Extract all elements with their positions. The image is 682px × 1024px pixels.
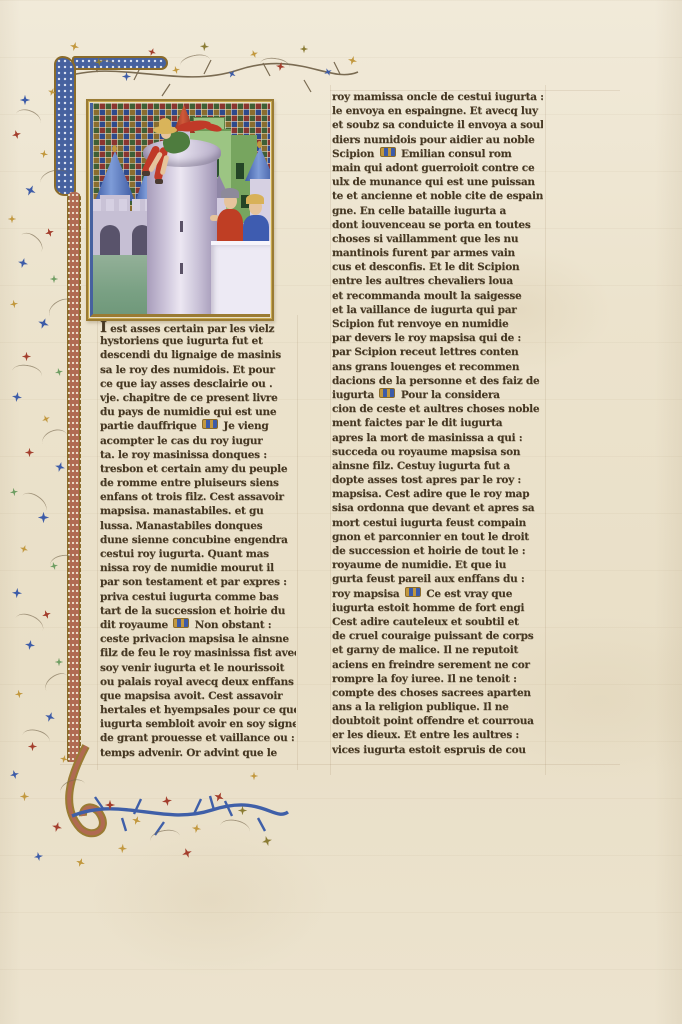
text-line: entre les aultres chevaliers loua <box>332 274 543 288</box>
blue-cone-roof <box>95 151 135 201</box>
border-flower <box>11 129 22 140</box>
text-line: roy mamissa oncle de cestui iugurta : <box>332 90 543 104</box>
bottom-vine <box>62 778 294 870</box>
text-line: main qui adont guerroioit contre ce <box>332 161 543 175</box>
text-line: cion de ceste et aultres choses noble <box>332 402 543 416</box>
ruling-line <box>60 764 620 765</box>
text-line: iugurta estoit homme de fort engi <box>332 601 543 615</box>
text-line: de grant prouesse et vaillance ou : <box>100 731 296 745</box>
border-flower <box>9 487 18 496</box>
border-flower <box>36 316 50 330</box>
falling-man-shoe <box>142 171 150 176</box>
border-flower <box>54 367 64 377</box>
text-line: ment faictes par le dit iugurta <box>332 416 543 430</box>
border-flower <box>39 149 48 158</box>
ivy-stem <box>13 106 43 131</box>
text-line: dacions de la personne et des faiz de <box>332 374 543 388</box>
text-line: et soubz sa conduicte il envoya a soul <box>332 118 543 132</box>
text-line: du pays de numidie qui est une <box>100 405 296 419</box>
text-line: cus et desconfis. Et le dit Scipion <box>332 260 543 274</box>
text-line: sisa ordonna que devant et apres sa <box>332 501 543 515</box>
text-line: iugurta sembloit avoir en soy signes <box>100 717 296 731</box>
text-line: tresbon et certain amy du peuple <box>100 462 296 476</box>
text-line: mantinois furent par armes vain <box>332 246 543 260</box>
text-line: hertales et hyempsales pour ce que <box>100 703 296 717</box>
border-bracket-arm <box>72 56 168 70</box>
grey-hood <box>221 188 239 198</box>
onlooker-red-body <box>217 209 243 245</box>
manuscript-page: I est asses certain par les vielzhystori… <box>0 0 682 1024</box>
text-line: cestui roy iugurta. Quant mas <box>100 547 296 561</box>
text-line: acompter le cas du roy iugur <box>100 434 296 448</box>
border-flower <box>24 639 36 651</box>
text-line: gnon et parconnier en tout le droit <box>332 530 543 544</box>
border-flower <box>41 414 52 425</box>
text-line: ainsne filz. Cestuy iugurta fut a <box>332 459 543 473</box>
border-flower <box>12 588 23 599</box>
ruling-line <box>545 85 546 775</box>
text-line: temps advenir. Or advint que le <box>100 746 296 760</box>
text-line: hystoriens que iugurta fut et <box>100 334 296 348</box>
border-bar <box>67 192 81 762</box>
text-line: ceste privacion mapsisa le ainsne <box>100 632 296 646</box>
spire-finial <box>257 141 262 148</box>
paraph-mark <box>173 618 189 628</box>
text-line: et la vaillance de iugurta qui par <box>332 303 543 317</box>
blond-hair <box>246 194 264 204</box>
text-line: partie dauffrique Je vieng <box>100 419 296 433</box>
border-flower <box>44 227 56 239</box>
arrow-slit <box>180 221 183 232</box>
text-line: ta. le roy masinissa donques : <box>100 448 296 462</box>
border-flower <box>20 95 30 105</box>
paraph-mark <box>379 388 395 398</box>
text-line: mapsisa. manastabiles. et gu <box>100 504 296 518</box>
text-line: ans grans louenges et recommen <box>332 360 543 374</box>
border-flower <box>17 257 29 269</box>
border-flower <box>20 792 29 801</box>
text-line: mort cestui iugurta feust compain <box>332 516 543 530</box>
text-line: sa le roy des numidois. Et pour <box>100 363 296 377</box>
text-line: iugurta Pour la considera <box>332 388 543 402</box>
ruling-line <box>297 315 298 770</box>
text-line: vje. chapitre de ce present livre <box>100 391 296 405</box>
ivy-stem <box>40 426 71 453</box>
text-line: te et ancienne et noble cite de espain <box>332 189 543 203</box>
text-line: dont iouvenceau se porta en toutes <box>332 218 543 232</box>
text-line: aciens en freindre serement ne cor <box>332 658 543 672</box>
border-flower <box>54 461 66 473</box>
text-line: par devers le roy mapsisa qui de : <box>332 331 543 345</box>
text-line: mapsisa. Cest adire que le roy map <box>332 487 543 501</box>
text-column-right: roy mamissa oncle de cestui iugurta :le … <box>332 90 543 757</box>
text-line: vices iugurta estoit espruis de cou <box>332 743 543 757</box>
text-line: le envoya en espaingne. Et avecq luy <box>332 104 543 118</box>
border-flower <box>55 658 63 666</box>
text-line: soy venir iugurta et le nourissoit <box>100 661 296 675</box>
border-flower <box>11 391 23 403</box>
ruling-line <box>330 85 331 775</box>
text-line: rompre la foy iuree. Il ne tenoit : <box>332 672 543 686</box>
text-line: gne. En celle bataille iugurta a <box>332 204 543 218</box>
text-line: Scipion fut renvoye en numidie <box>332 317 543 331</box>
falling-man-shoe <box>155 179 163 184</box>
text-line: tart de la succession et hoirie du <box>100 604 296 618</box>
spire-finial <box>112 145 117 152</box>
text-line: que mapsisa avoit. Cest assavoir <box>100 689 296 703</box>
ivy-stem <box>11 610 46 640</box>
paraph-mark <box>202 419 218 429</box>
paraph-mark <box>380 147 396 157</box>
border-flower <box>44 711 57 724</box>
foreground-wall <box>211 241 270 317</box>
window <box>236 163 244 179</box>
text-line: diers numidois pour aidier au noble <box>332 133 543 147</box>
border-flower <box>9 299 18 308</box>
straw-hat-crown <box>159 118 171 128</box>
text-line: dune sienne concubine engendra <box>100 533 296 547</box>
text-line: choses si vaillamment que les nu <box>332 232 543 246</box>
text-line: roy mapsisa Ce est vray que <box>332 587 543 601</box>
border-flower <box>25 448 34 457</box>
text-line: er les dieux. Et entre les aultres : <box>332 728 543 742</box>
text-line: filz de feu le roy masinissa fist avecq <box>100 646 296 660</box>
text-line: I est asses certain par les vielz <box>100 320 296 334</box>
text-line: priva cestui iugurta comme bas <box>100 590 296 604</box>
text-line: compte des choses sacrees aparten <box>332 686 543 700</box>
border-flower <box>14 689 23 698</box>
miniature <box>86 99 274 321</box>
border-flower <box>19 544 29 554</box>
text-line: Scipion Emilian consul rom <box>332 147 543 161</box>
border-flower <box>8 215 16 223</box>
text-line: de cruel couraige puissant de corps <box>332 629 543 643</box>
ivy-stem <box>16 229 47 259</box>
text-line: succeda ou royaume mapsisa son <box>332 445 543 459</box>
text-line: dopte asses tost apres par le roy : <box>332 473 543 487</box>
text-line: et garny de malice. Il ne reputoit <box>332 643 543 657</box>
ivy-stem <box>18 489 51 519</box>
text-line: dit royaume Non obstant : <box>100 618 296 632</box>
ruling-line <box>97 315 98 770</box>
text-line: gurta feust pareil aux enffans du : <box>332 572 543 586</box>
checkered-background <box>90 103 270 317</box>
text-line: nissa roy de numidie mourut il <box>100 561 296 575</box>
text-line: ans a la religion publique. Il ne <box>332 700 543 714</box>
text-line: royaume de numidie. Et que iu <box>332 558 543 572</box>
text-line: de romme entre pluiseurs siens <box>100 476 296 490</box>
text-column-left: I est asses certain par les vielzhystori… <box>100 320 296 760</box>
border-flower <box>41 609 53 621</box>
text-line: enfans ot trois filz. Cest assavoir <box>100 490 296 504</box>
ivy-stem <box>11 363 43 385</box>
text-line: par son testament et par expres : <box>100 575 296 589</box>
text-line: ulx de munance qui est une puissan <box>332 175 543 189</box>
text-line: et recommanda moult la saigesse <box>332 289 543 303</box>
border-flower <box>22 352 31 361</box>
text-line: apres la mort de masinissa a qui : <box>332 431 543 445</box>
text-line: descendi du lignaige de masinis <box>100 348 296 362</box>
border-flower <box>23 183 38 198</box>
arrow-slit <box>180 263 183 274</box>
text-line: ce que iay asses desclairie ou . <box>100 377 296 391</box>
text-line: de succession et hoirie de tout le : <box>332 544 543 558</box>
text-line: lussa. Manastabiles donques <box>100 519 296 533</box>
text-line: doubtoit point offendre et courroua <box>332 714 543 728</box>
text-line: ou palais royal avecq deux enffans <box>100 675 296 689</box>
border-flower <box>9 769 20 780</box>
paraph-mark <box>405 587 421 597</box>
text-line: Cest adire cauteleux et soubtil et <box>332 615 543 629</box>
text-line: par Scipion receut lettres conten <box>332 345 543 359</box>
border-flower <box>50 275 58 283</box>
